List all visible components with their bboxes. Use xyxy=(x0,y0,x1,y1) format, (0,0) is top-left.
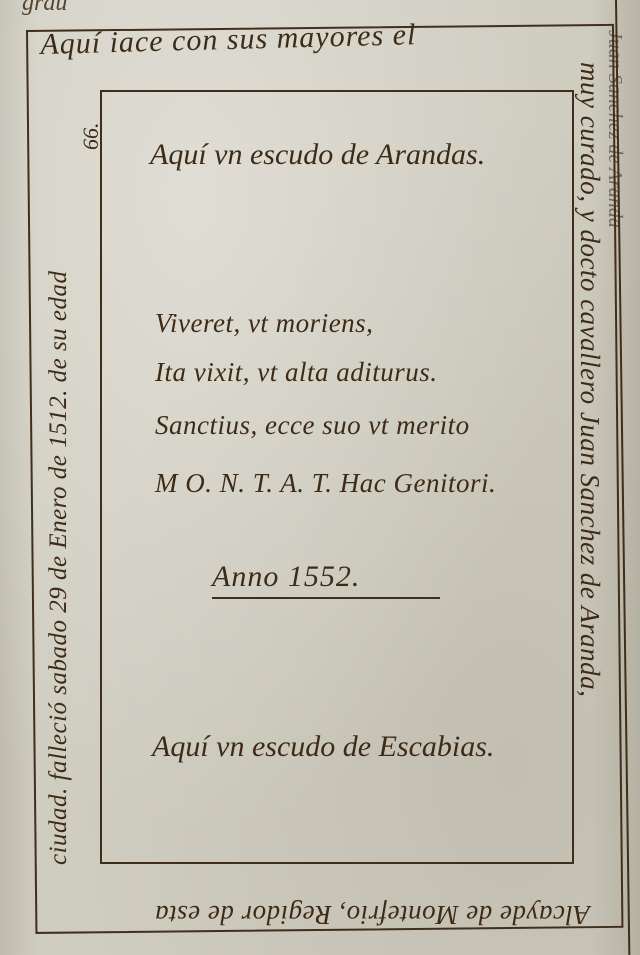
shield-note-escabias: Aquí vn escudo de Escabias. xyxy=(152,730,494,764)
border-text-bottom: Alcayde de Montefrio, Regidor de esta xyxy=(155,899,590,930)
year-line: Anno 1552. xyxy=(212,560,360,594)
verse-line-2: Ita vixit, vt alta aditurus. xyxy=(155,357,437,388)
border-text-left-age: 66. xyxy=(78,123,104,151)
top-fragment-text: grau xyxy=(22,0,67,17)
verse-line-4: M O. N. T. A. T. Hac Genitori. xyxy=(155,468,496,499)
border-text-left: ciudad. falleció sabado 29 de Enero de 1… xyxy=(45,270,73,865)
right-margin-fragment: Juan Sanchez de Aranda xyxy=(603,30,626,228)
verse-line-1: Viveret, vt moriens, xyxy=(155,308,373,339)
year-underline xyxy=(212,597,440,599)
border-text-right: muy curado, y docto cavallero Juan Sanch… xyxy=(574,62,605,697)
verse-line-3: Sanctius, ecce suo vt merito xyxy=(155,410,470,441)
shield-note-arandas: Aquí vn escudo de Arandas. xyxy=(150,138,485,172)
